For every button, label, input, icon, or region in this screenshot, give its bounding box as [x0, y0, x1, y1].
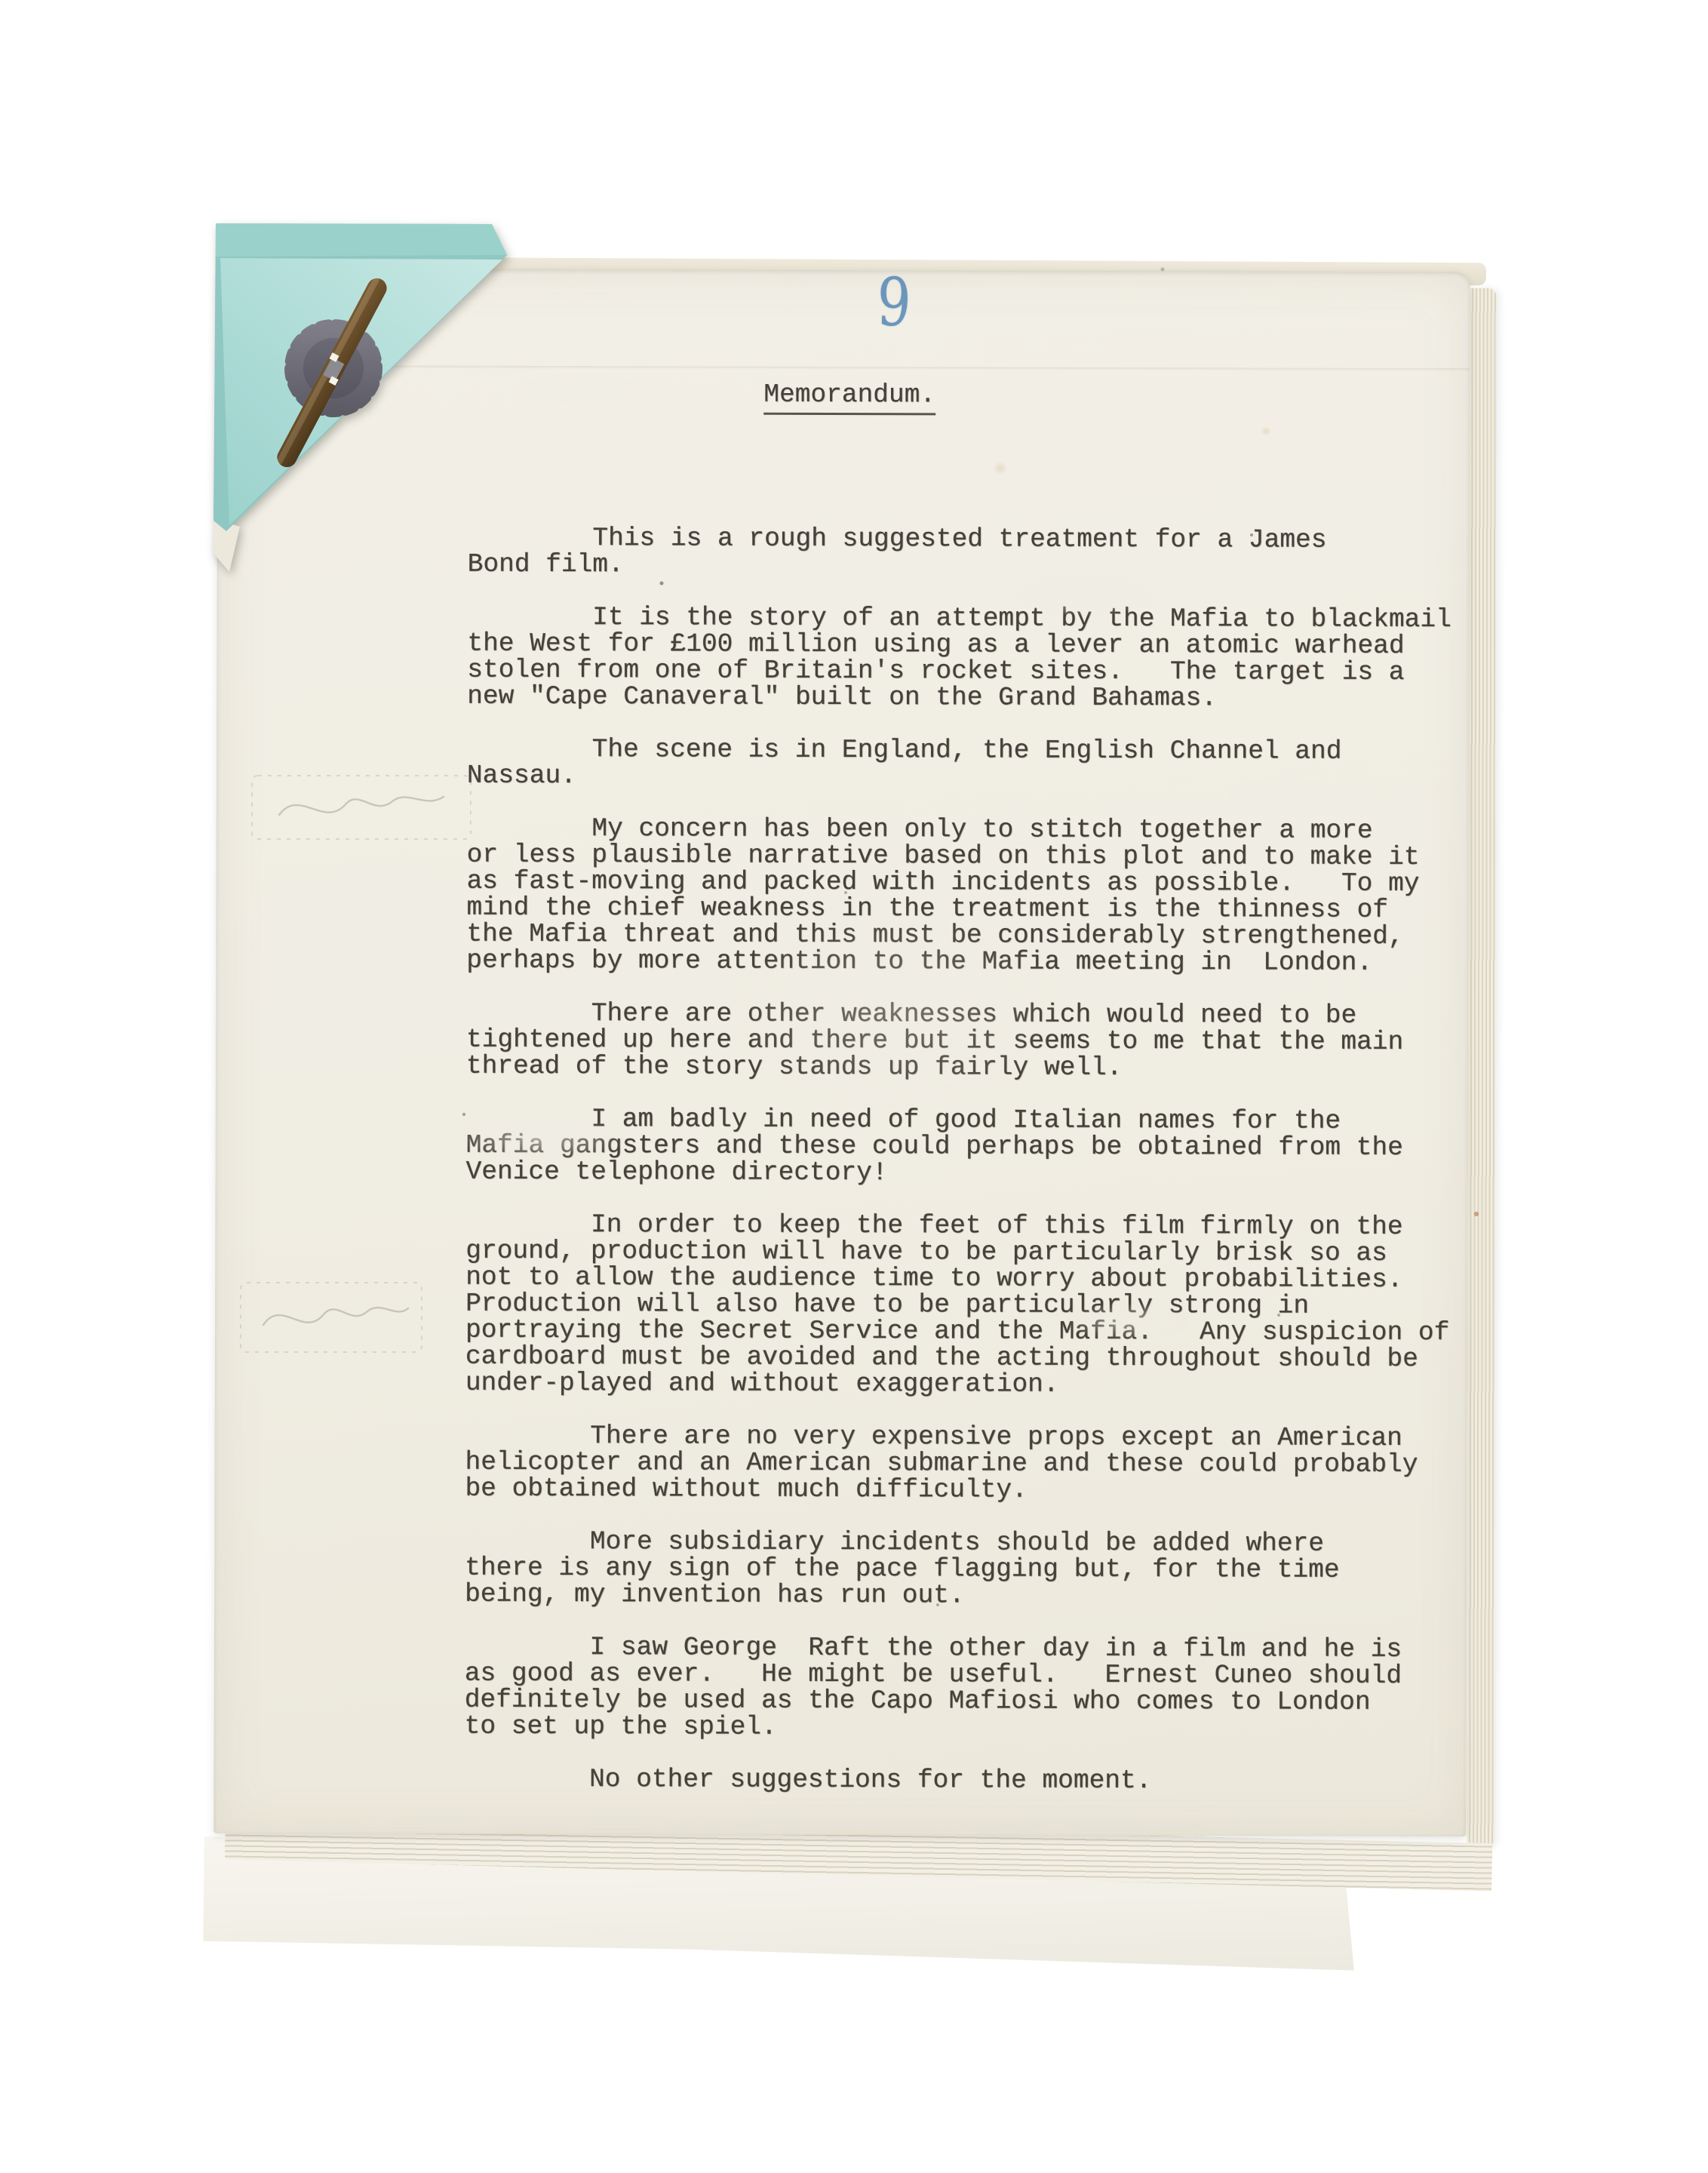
right-sheet-edges	[1467, 288, 1497, 1849]
memo-paragraph: My concern has been only to stitch toget…	[466, 816, 1470, 976]
memo-paragraph: In order to keep the feet of this film f…	[465, 1212, 1470, 1399]
memo-paragraph: I saw George Raft the other day in a fil…	[465, 1634, 1468, 1742]
memo-paragraph: The scene is in England, the English Cha…	[467, 736, 1470, 791]
corner-fold-band	[216, 223, 507, 257]
memo-paragraph: This is a rough suggested treatment for …	[468, 525, 1471, 580]
memo-paragraph: More subsidiary incidents should be adde…	[465, 1529, 1468, 1610]
memo-paragraph: There are no very expensive props except…	[465, 1423, 1468, 1505]
memo-paragraph: I am badly in need of good Italian names…	[466, 1106, 1470, 1188]
ink-ghost-mark	[249, 770, 475, 845]
ink-ghost-mark	[238, 1275, 426, 1358]
photograph: 9 Memorandum. This is a rough suggested …	[0, 0, 1708, 2173]
memo-paragraph: It is the story of an attempt by the Maf…	[467, 604, 1470, 712]
memo-paragraph: No other suggestions for the moment.	[464, 1766, 1467, 1795]
memo-paragraph: There are other weaknesses which would n…	[466, 1000, 1470, 1082]
page-number: 9	[876, 264, 951, 343]
memo-body: This is a rough suggested treatment for …	[464, 525, 1470, 1821]
corner-fastener	[204, 204, 536, 589]
paper-specks	[0, 0, 2, 2]
memo-title: Memorandum.	[763, 380, 935, 416]
